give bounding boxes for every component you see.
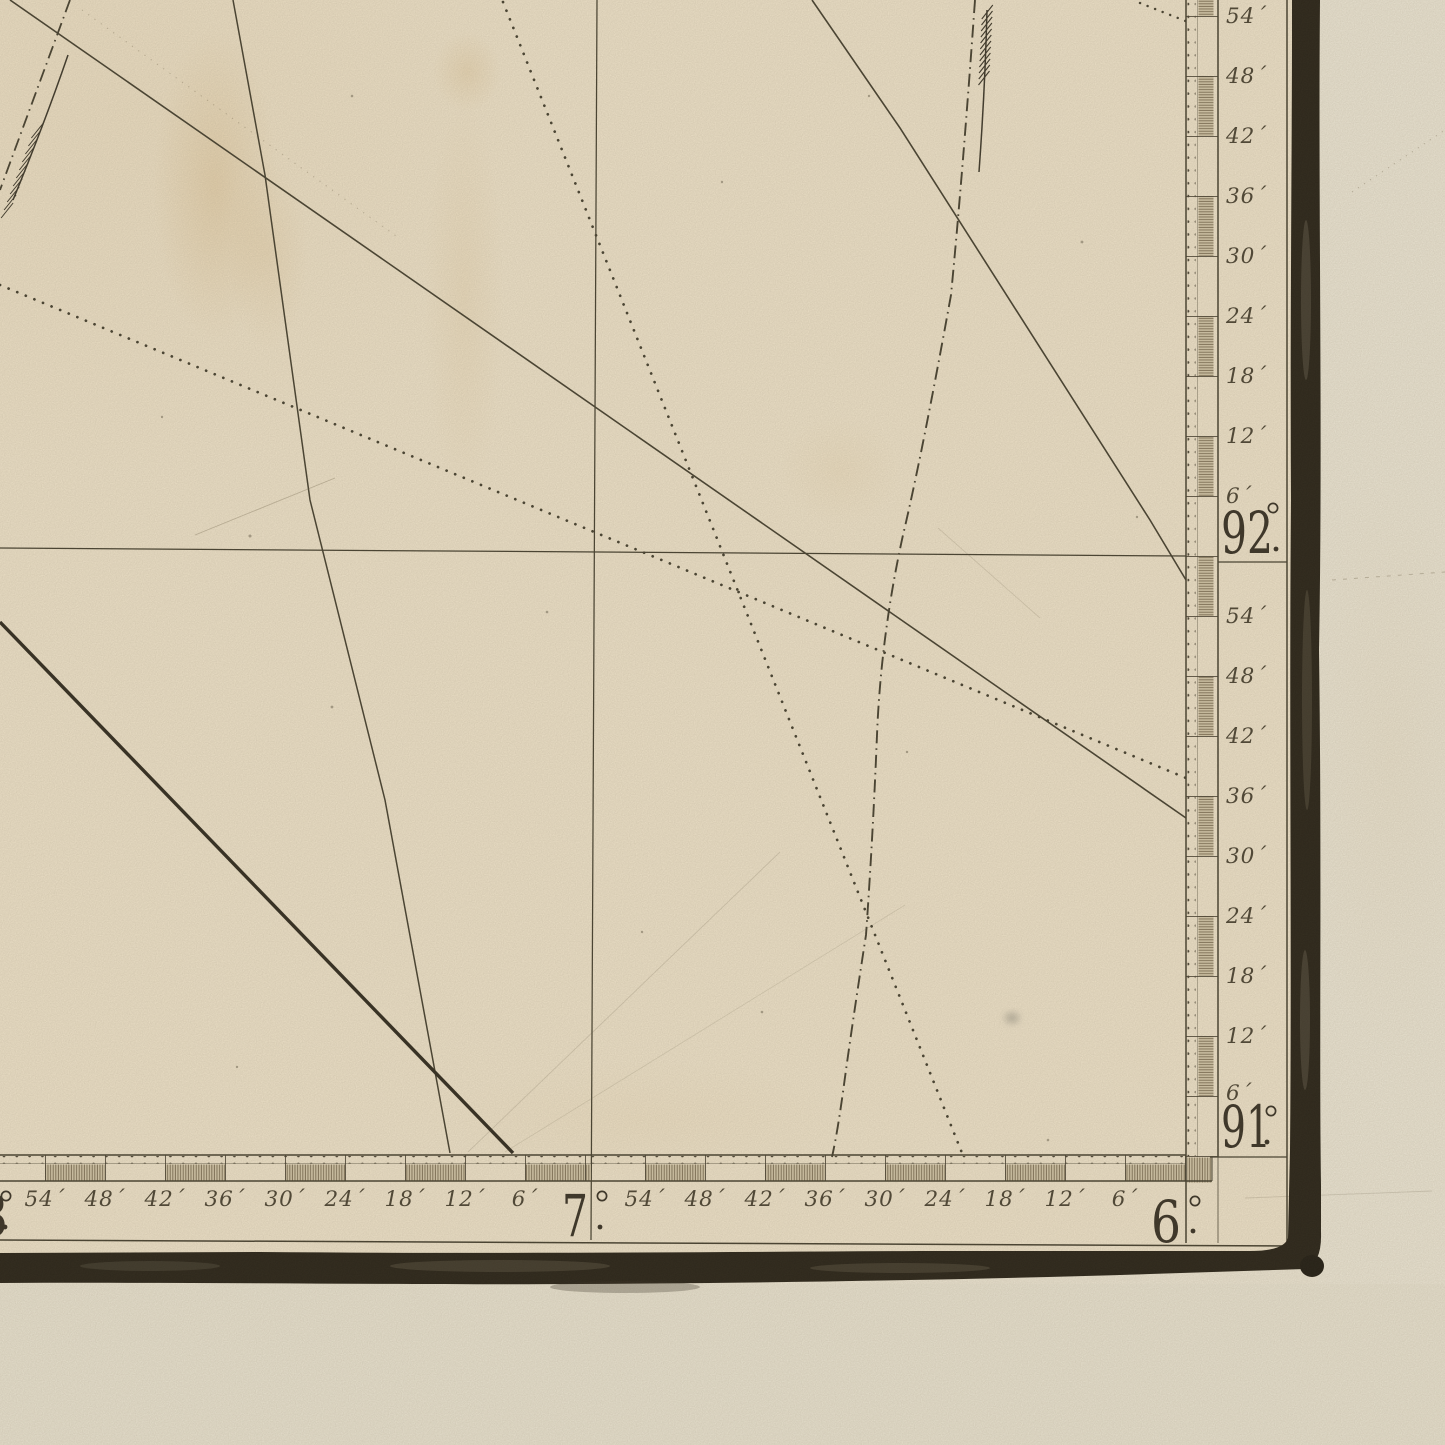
chart-canvas: 54´ 48´ 42´ 36´ 30´ 24´ 18´ 12´ 6´ 54´ 4…	[0, 0, 1445, 1445]
surface-grain-overlay	[0, 0, 1445, 1445]
antique-chart-sheet: 54´ 48´ 42´ 36´ 30´ 24´ 18´ 12´ 6´ 54´ 4…	[0, 0, 1445, 1445]
